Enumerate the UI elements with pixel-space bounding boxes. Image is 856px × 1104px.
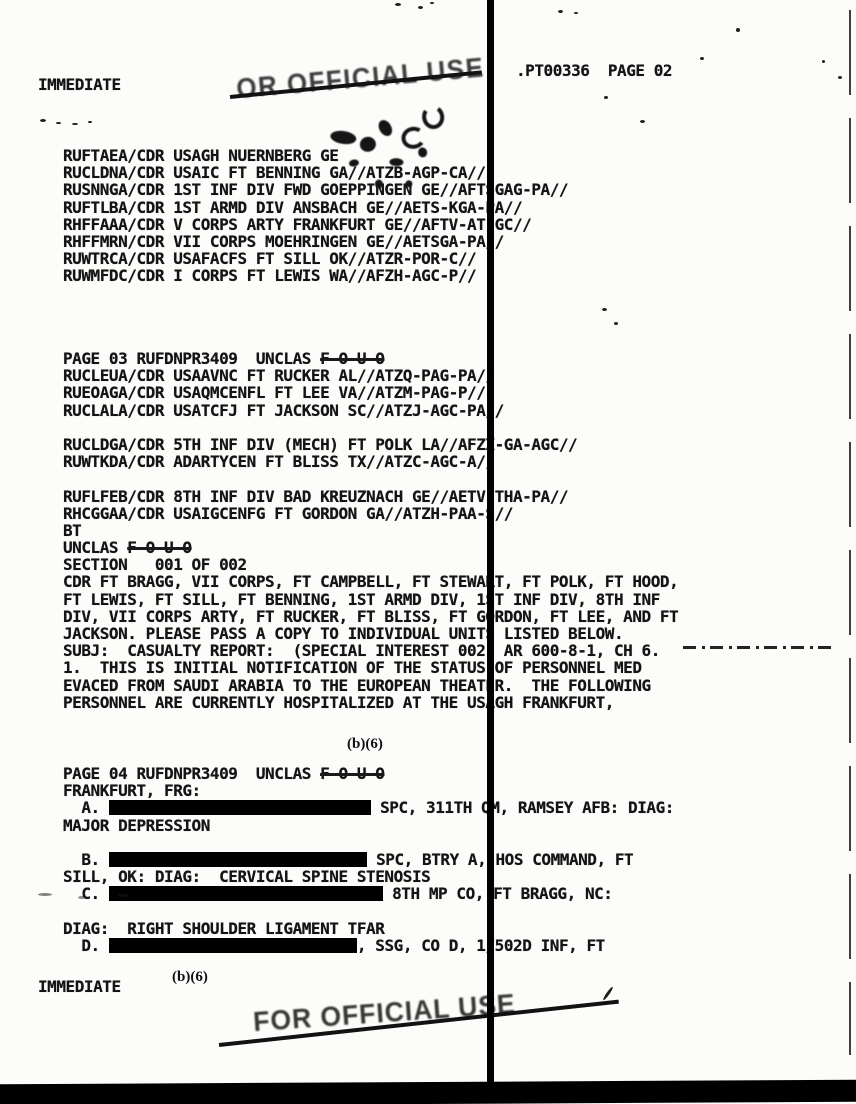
- message-text-segment: C.: [63, 884, 109, 903]
- message-text-segment: RUCLDGA/CDR 5TH INF DIV (MECH) FT POLK L…: [63, 435, 577, 454]
- message-text-segment: DIAG: RIGHT SHOULDER LIGAMENT TFAR: [63, 919, 384, 938]
- message-line: [63, 419, 678, 436]
- message-line: D. , SSG, CO D, 1/502D INF, FT: [63, 937, 674, 954]
- message-line: PAGE 03 RUFDNPR3409 UNCLAS F O U O: [63, 350, 678, 367]
- message-text-segment: RUEOAGA/CDR USAQMCENFL FT LEE VA//ATZM-P…: [63, 383, 485, 402]
- message-text-segment: SECTION 001 OF 002: [63, 555, 247, 574]
- message-line: B. SPC, BTRY A, HOS COMMAND, FT: [63, 851, 674, 868]
- message-text-segment: A.: [63, 798, 109, 817]
- scan-noise-speck: [395, 3, 401, 6]
- vertical-fold-line: [487, 0, 494, 1083]
- message-text-segment: SPC, BTRY A, HOS COMMAND, FT: [367, 850, 633, 869]
- message-text-segment: FRANKFURT, FRG:: [63, 781, 201, 800]
- message-text-segment: DIV, VII CORPS ARTY, FT RUCKER, FT BLISS…: [63, 607, 678, 626]
- redaction-bar: [109, 938, 357, 953]
- message-text-segment: SPC, 311TH QM, RAMSEY AFB: DIAG:: [371, 798, 674, 817]
- message-text-segment: , SSG, CO D, 1/502D INF, FT: [357, 936, 605, 955]
- redaction-bar: [109, 886, 383, 901]
- fouo-stamp-bottom: FOR OFFICIAL USE: [252, 988, 517, 1038]
- redaction-bar: [109, 800, 371, 815]
- scan-noise-speck: [38, 893, 52, 896]
- scan-noise-speck: [640, 120, 645, 123]
- scan-noise-speck: [118, 894, 128, 897]
- message-line: RUCLEUA/CDR USAAVNC FT RUCKER AL//ATZQ-P…: [63, 367, 678, 384]
- message-line: PERSONNEL ARE CURRENTLY HOSPITALIZED AT …: [63, 694, 678, 711]
- message-text-segment: SILL, OK: DIAG: CERVICAL SPINE STENOSIS: [63, 867, 430, 886]
- struck-fouo-text: F O U O: [320, 764, 384, 783]
- page-edge-line-right: [849, 10, 851, 1055]
- message-line: RUFLFEB/CDR 8TH INF DIV BAD KREUZNACH GE…: [63, 488, 678, 505]
- message-line: FRANKFURT, FRG:: [63, 782, 674, 799]
- scan-noise-speck: [558, 10, 563, 13]
- message-line: PAGE 04 RUFDNPR3409 UNCLAS F O U O: [63, 765, 674, 782]
- scan-noise-speck: [604, 96, 608, 99]
- message-text-segment: RUWMFDC/CDR I CORPS FT LEWIS WA//AFZH-AG…: [63, 266, 476, 285]
- message-line: [63, 470, 678, 487]
- struck-fouo-text: F O U O: [127, 538, 191, 557]
- message-text-segment: MAJOR DEPRESSION: [63, 816, 210, 835]
- scan-noise-speck: [602, 986, 614, 1001]
- message-line: JACKSON. PLEASE PASS A COPY TO INDIVIDUA…: [63, 625, 678, 642]
- scan-noise-speck: [700, 57, 704, 60]
- scan-noise-speck: [40, 119, 46, 122]
- message-line: BT: [63, 522, 678, 539]
- exemption-mark-b6-upper: (b)(6): [347, 736, 383, 753]
- page-header-reference: .PT00336 PAGE 02: [516, 61, 672, 80]
- message-text-segment: RUCLALA/CDR USATCFJ FT JACKSON SC//ATZJ-…: [63, 401, 504, 420]
- scan-noise-speck: [574, 12, 578, 14]
- message-text-segment: 8TH MP CO, FT BRAGG, NC:: [383, 884, 613, 903]
- scan-noise-speck: [418, 6, 423, 9]
- message-text-segment: RHFFAAA/CDR V CORPS ARTY FRANKFURT GE//A…: [63, 215, 531, 234]
- message-text-segment: JACKSON. PLEASE PASS A COPY TO INDIVIDUA…: [63, 624, 623, 643]
- message-text-segment: BT: [63, 521, 81, 540]
- message-text-segment: PERSONNEL ARE CURRENTLY HOSPITALIZED AT …: [63, 693, 614, 712]
- message-line: SILL, OK: DIAG: CERVICAL SPINE STENOSIS: [63, 868, 674, 885]
- scan-noise-speck: [736, 28, 740, 32]
- message-text-segment: CDR FT BRAGG, VII CORPS, FT CAMPBELL, FT…: [63, 572, 678, 591]
- struck-fouo-text: F O U O: [320, 349, 384, 368]
- message-text-segment: RUFTAEA/CDR USAGH NUERNBERG GE: [63, 146, 339, 165]
- text-block: PAGE 03 RUFDNPR3409 UNCLAS F O U ORUCLEU…: [63, 350, 678, 711]
- precedence-marking-top: IMMEDIATE: [38, 75, 121, 94]
- message-line: UNCLAS F O U O: [63, 539, 678, 556]
- message-text-segment: RUCLEUA/CDR USAAVNC FT RUCKER AL//ATZQ-P…: [63, 366, 495, 385]
- scanned-document-page: IMMEDIATE .PT00336 PAGE 02 OR OFFICIAL U…: [0, 0, 856, 1104]
- scan-noise-speck: [602, 308, 607, 311]
- scan-noise-speck: [78, 896, 86, 899]
- message-line: SUBJ: CASUALTY REPORT: (SPECIAL INTEREST…: [63, 642, 678, 659]
- message-line: 1. THIS IS INITIAL NOTIFICATION OF THE S…: [63, 659, 678, 676]
- message-text-segment: UNCLAS: [63, 538, 127, 557]
- message-text-segment: EVACED FROM SAUDI ARABIA TO THE EUROPEAN…: [63, 676, 651, 695]
- message-line: A. SPC, 311TH QM, RAMSEY AFB: DIAG:: [63, 799, 674, 816]
- message-line: C. 8TH MP CO, FT BRAGG, NC:: [63, 885, 674, 902]
- scan-noise-speck: [88, 121, 92, 123]
- precedence-marking-bottom: IMMEDIATE: [38, 977, 121, 996]
- message-text-segment: PAGE 03 RUFDNPR3409 UNCLAS: [63, 349, 320, 368]
- message-line: RUEOAGA/CDR USAQMCENFL FT LEE VA//ATZM-P…: [63, 384, 678, 401]
- message-text-segment: SUBJ: CASUALTY REPORT: (SPECIAL INTEREST…: [63, 641, 660, 660]
- scan-noise-speck: [822, 60, 825, 63]
- message-line: DIAG: RIGHT SHOULDER LIGAMENT TFAR: [63, 920, 674, 937]
- message-line: RUCLALA/CDR USATCFJ FT JACKSON SC//ATZJ-…: [63, 402, 678, 419]
- message-line: CDR FT BRAGG, VII CORPS, FT CAMPBELL, FT…: [63, 573, 678, 590]
- message-text-segment: RUWTKDA/CDR ADARTYCEN FT BLISS TX//ATZC-…: [63, 452, 495, 471]
- message-text-segment: RUFTLBA/CDR 1ST ARMD DIV ANSBACH GE//AET…: [63, 198, 522, 217]
- message-text-segment: B.: [63, 850, 109, 869]
- message-text-segment: 1. THIS IS INITIAL NOTIFICATION OF THE S…: [63, 658, 642, 677]
- scan-noise-speck: [430, 2, 434, 4]
- message-text-segment: D.: [63, 936, 109, 955]
- message-line: EVACED FROM SAUDI ARABIA TO THE EUROPEAN…: [63, 677, 678, 694]
- scan-noise-speck: [838, 76, 842, 79]
- message-line: [63, 834, 674, 851]
- message-line: RUWTKDA/CDR ADARTYCEN FT BLISS TX//ATZC-…: [63, 453, 678, 470]
- message-text-segment: RHCGGAA/CDR USAIGCENFG FT GORDON GA//ATZ…: [63, 504, 513, 523]
- message-line: MAJOR DEPRESSION: [63, 817, 674, 834]
- message-text-segment: RUCLDNA/CDR USAIC FT BENNING GA//ATZB-AG…: [63, 163, 485, 182]
- message-text-segment: RUWTRCA/CDR USAFACFS FT SILL OK//ATZR-PO…: [63, 249, 476, 268]
- exemption-mark-b6-lower: (b)(6): [172, 969, 208, 986]
- scan-noise-speck: [56, 122, 61, 124]
- scan-noise-speck: [614, 322, 618, 325]
- scan-noise-speck: [72, 123, 78, 125]
- message-line: SECTION 001 OF 002: [63, 556, 678, 573]
- text-block: PAGE 04 RUFDNPR3409 UNCLAS F O U OFRANKF…: [63, 765, 674, 954]
- message-text-segment: RHFFMRN/CDR VII CORPS MOEHRINGEN GE//AET…: [63, 232, 504, 251]
- message-line: [63, 903, 674, 920]
- message-text-segment: FT LEWIS, FT SILL, FT BENNING, 1ST ARMD …: [63, 590, 660, 609]
- dashed-pen-mark: [683, 646, 833, 649]
- message-line: DIV, VII CORPS ARTY, FT RUCKER, FT BLISS…: [63, 608, 678, 625]
- message-line: RUCLDGA/CDR 5TH INF DIV (MECH) FT POLK L…: [63, 436, 678, 453]
- scan-edge-bar-bottom: [0, 1080, 856, 1104]
- redaction-bar: [109, 852, 367, 867]
- message-line: FT LEWIS, FT SILL, FT BENNING, 1ST ARMD …: [63, 591, 678, 608]
- message-text-segment: PAGE 04 RUFDNPR3409 UNCLAS: [63, 764, 320, 783]
- message-line: RHCGGAA/CDR USAIGCENFG FT GORDON GA//ATZ…: [63, 505, 678, 522]
